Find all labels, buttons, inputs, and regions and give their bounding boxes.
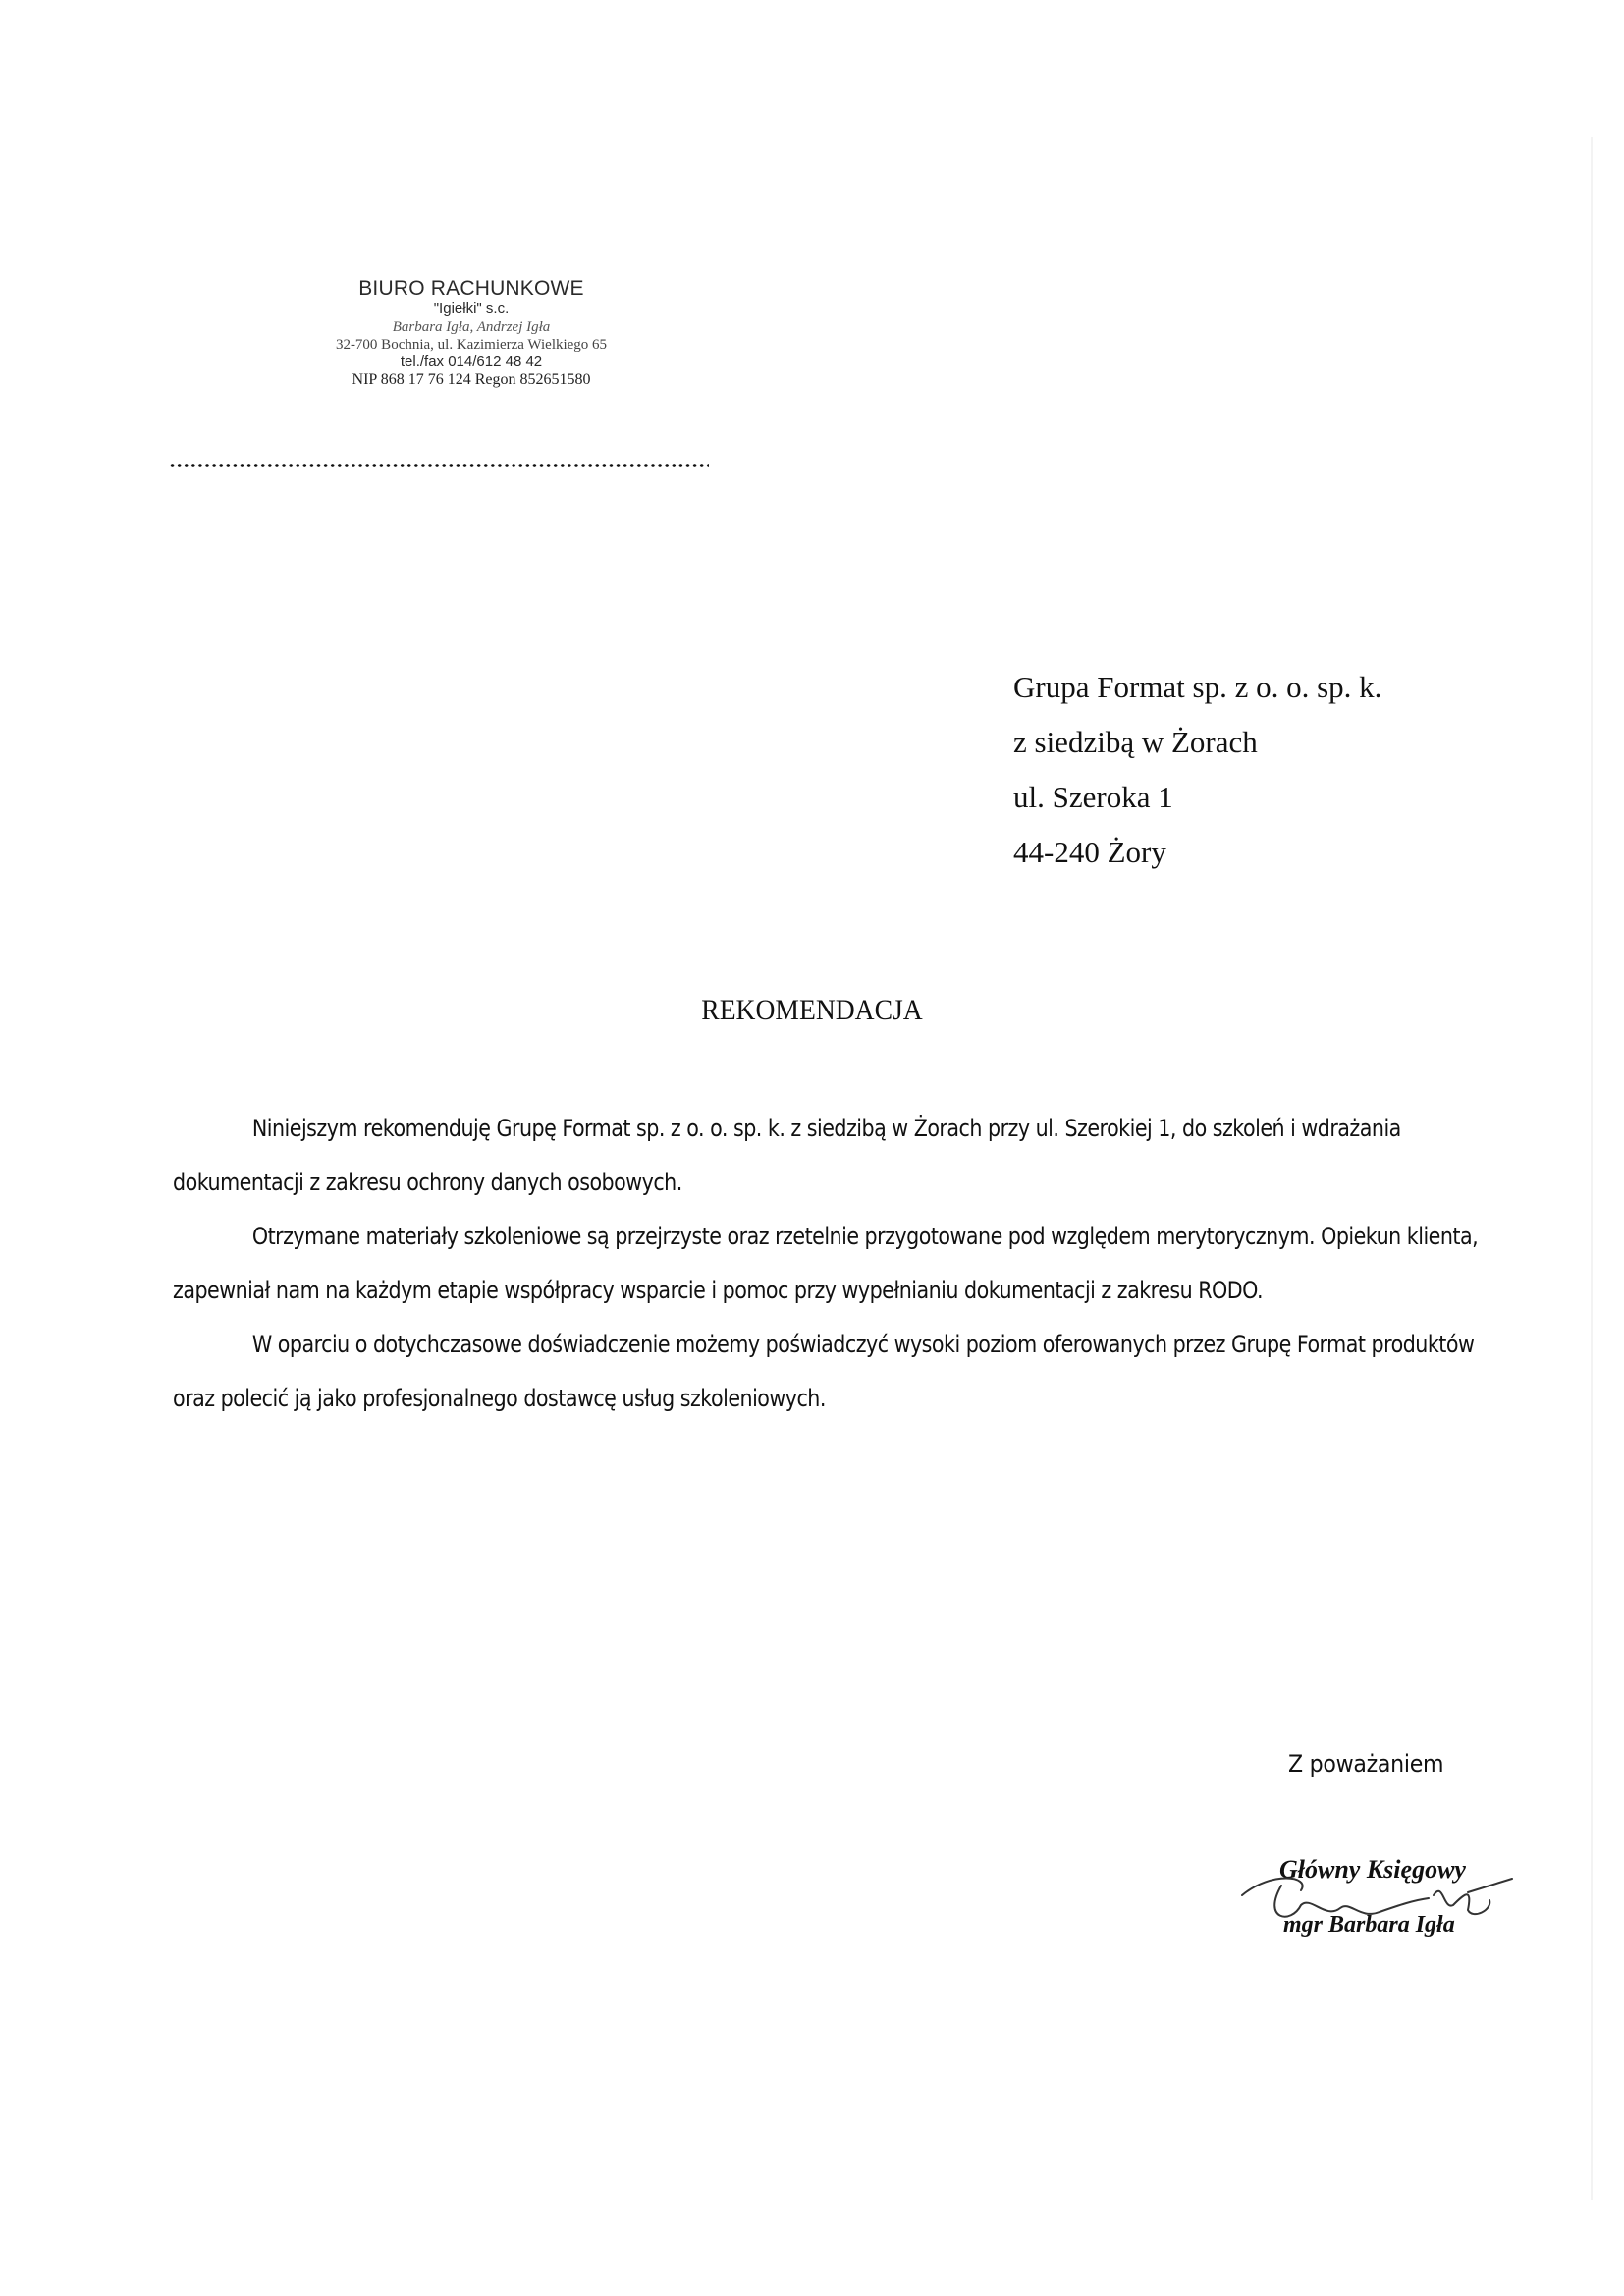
handwritten-signature-icon bbox=[1232, 1851, 1527, 1959]
closing-phrase: Z poważaniem bbox=[1288, 1750, 1443, 1777]
recipient-line: 44-240 Żory bbox=[1013, 825, 1381, 880]
recipient-line: z siedzibą w Żorach bbox=[1013, 715, 1381, 770]
letterhead-stamp: BIURO RACHUNKOWE "Igiełki" s.c. Barbara … bbox=[265, 277, 677, 389]
paragraph: Otrzymane materiały szkoleniowe są przej… bbox=[173, 1210, 1482, 1318]
letterhead-owners: Barbara Igła, Andrzej Igła bbox=[265, 318, 677, 336]
letterhead-address: 32-700 Bochnia, ul. Kazimierza Wielkiego… bbox=[265, 336, 677, 354]
recipient-line: Grupa Format sp. z o. o. sp. k. bbox=[1013, 660, 1381, 715]
signature-stamp: Główny Księgowy mgr Barbara Igła bbox=[1232, 1851, 1527, 1959]
letterhead-title: BIURO RACHUNKOWE bbox=[265, 277, 677, 301]
recipient-address: Grupa Format sp. z o. o. sp. k. z siedzi… bbox=[1013, 660, 1381, 880]
letterhead-phone: tel./fax 014/612 48 42 bbox=[265, 354, 677, 371]
dotted-line bbox=[169, 462, 709, 469]
letterhead-ids: NIP 868 17 76 124 Regon 852651580 bbox=[265, 371, 677, 389]
paragraph: Niniejszym rekomenduję Grupę Format sp. … bbox=[173, 1102, 1482, 1210]
document-title: REKOMENDACJA bbox=[65, 994, 1559, 1027]
letterhead-company: "Igiełki" s.c. bbox=[265, 301, 677, 318]
document-body: Niniejszym rekomenduję Grupę Format sp. … bbox=[173, 1102, 1482, 1426]
scan-edge-line bbox=[1591, 137, 1593, 2200]
recipient-line: ul. Szeroka 1 bbox=[1013, 770, 1381, 825]
paragraph: W oparciu o dotychczasowe doświadczenie … bbox=[173, 1318, 1482, 1426]
